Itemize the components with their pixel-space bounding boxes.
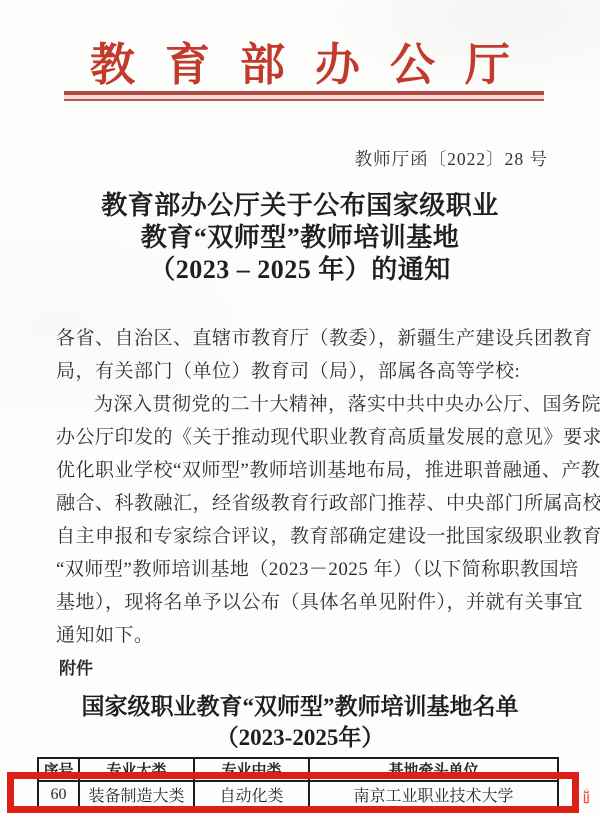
cell-lead-unit: 南京工业职业技术大学 — [309, 781, 558, 808]
attachment-list-title: 国家级职业教育“双师型”教师培训基地名单 （2023-2025年） — [0, 691, 600, 753]
body-line: 通知如下。 — [56, 619, 558, 652]
notice-title: 教育部办公厅关于公布国家级职业 教育“双师型”教师培训基地 （2023 – 20… — [0, 190, 600, 286]
table-row: 60 装备制造大类 自动化类 南京工业职业技术大学 — [38, 781, 558, 808]
cell-mid-class: 自动化类 — [194, 781, 309, 808]
letterhead-title: 教育部办公厅 — [0, 28, 600, 93]
cell-major: 装备制造大类 — [79, 781, 194, 808]
base-list-table: 序号 专业大类 专业中类 基地牵头单位 60 装备制造大类 自动化类 南京工业职… — [37, 757, 559, 809]
notice-title-line-3: （2023 – 2025 年）的通知 — [0, 254, 600, 286]
body-line: 融合、科教融汇，经省级教育行政部门推荐、中央部门所属高校 — [56, 487, 558, 520]
header-cell-lead-unit: 基地牵头单位 — [309, 758, 558, 781]
body-line: 基地），现将名单予以公布（具体名单见附件），并就有关事宜 — [56, 586, 558, 619]
body-line: 办公厅印发的《关于推动现代职业教育高质量发展的意见》要求， — [56, 421, 558, 454]
notice-title-line-2: 教育“双师型”教师培训基地 — [0, 222, 600, 254]
body-line: “双师型”教师培训基地（2023－2025 年）（以下简称职教国培 — [56, 553, 558, 586]
document-number: 教师厅函〔2022〕28 号 — [355, 146, 548, 171]
header-cell-major: 专业大类 — [79, 758, 194, 781]
body-line: 为深入贯彻党的二十大精神，落实中共中央办公厅、国务院 — [56, 388, 558, 421]
header-cell-index: 序号 — [38, 758, 79, 781]
table-header-row: 序号 专业大类 专业中类 基地牵头单位 — [38, 758, 558, 781]
official-document-page: 教育部办公厅 教师厅函〔2022〕28 号 教育部办公厅关于公布国家级职业 教育… — [0, 0, 600, 813]
cell-index: 60 — [38, 781, 79, 808]
header-cell-mid-class: 专业中类 — [194, 758, 309, 781]
body-line: 优化职业学校“双师型”教师培训基地布局，推进职普融通、产教 — [56, 454, 558, 487]
attachment-list-title-line-2: （2023-2025年） — [0, 722, 600, 753]
notice-title-line-1: 教育部办公厅关于公布国家级职业 — [0, 190, 600, 222]
body-line: 局，有关部门（单位）教育司（局），部属各高等学校: — [56, 355, 558, 388]
letterhead-divider-line — [64, 91, 544, 101]
body-line: 自主申报和专家综合评议，教育部确定建设一批国家级职业教育 — [56, 520, 558, 553]
attachment-list-title-line-1: 国家级职业教育“双师型”教师培训基地名单 — [0, 691, 600, 722]
attachment-label: 附件 — [59, 654, 93, 679]
notice-body: 各省、自治区、直辖市教育厅（教委），新疆生产建设兵团教育 局，有关部门（单位）教… — [56, 322, 558, 652]
body-line: 各省、自治区、直辖市教育厅（教委），新疆生产建设兵团教育 — [56, 322, 558, 355]
watermark-fragment: i — [584, 787, 589, 807]
